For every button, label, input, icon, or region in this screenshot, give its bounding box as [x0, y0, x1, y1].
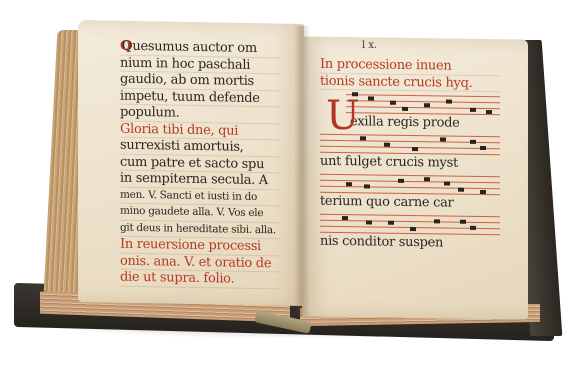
chant-lyric: unt fulget crucis myst — [320, 154, 500, 173]
rubric-line: tionis sancte crucis hyq. — [320, 73, 500, 92]
rubric-line: die ut supra. folio. — [120, 270, 280, 289]
left-page-text: QQuesumus auctor om nium in hoc paschali… — [120, 39, 280, 289]
decorated-initial: U — [326, 96, 360, 136]
line-text: Quesumus auctor om — [122, 39, 257, 56]
music-staff — [346, 92, 500, 116]
chant-lyric: exilla regis prode — [350, 114, 500, 132]
right-page-text: In processione inuen tionis sancte cruci… — [320, 57, 500, 253]
gutter — [294, 26, 310, 316]
music-staff — [320, 212, 500, 237]
folio-number: l x. — [362, 40, 377, 51]
music-staff — [320, 172, 500, 197]
chant-lyric: nis conditor suspen — [320, 234, 500, 253]
chant-lyric: terium quo carne car — [320, 194, 500, 213]
book-photo: QQuesumus auctor om nium in hoc paschali… — [0, 0, 570, 366]
